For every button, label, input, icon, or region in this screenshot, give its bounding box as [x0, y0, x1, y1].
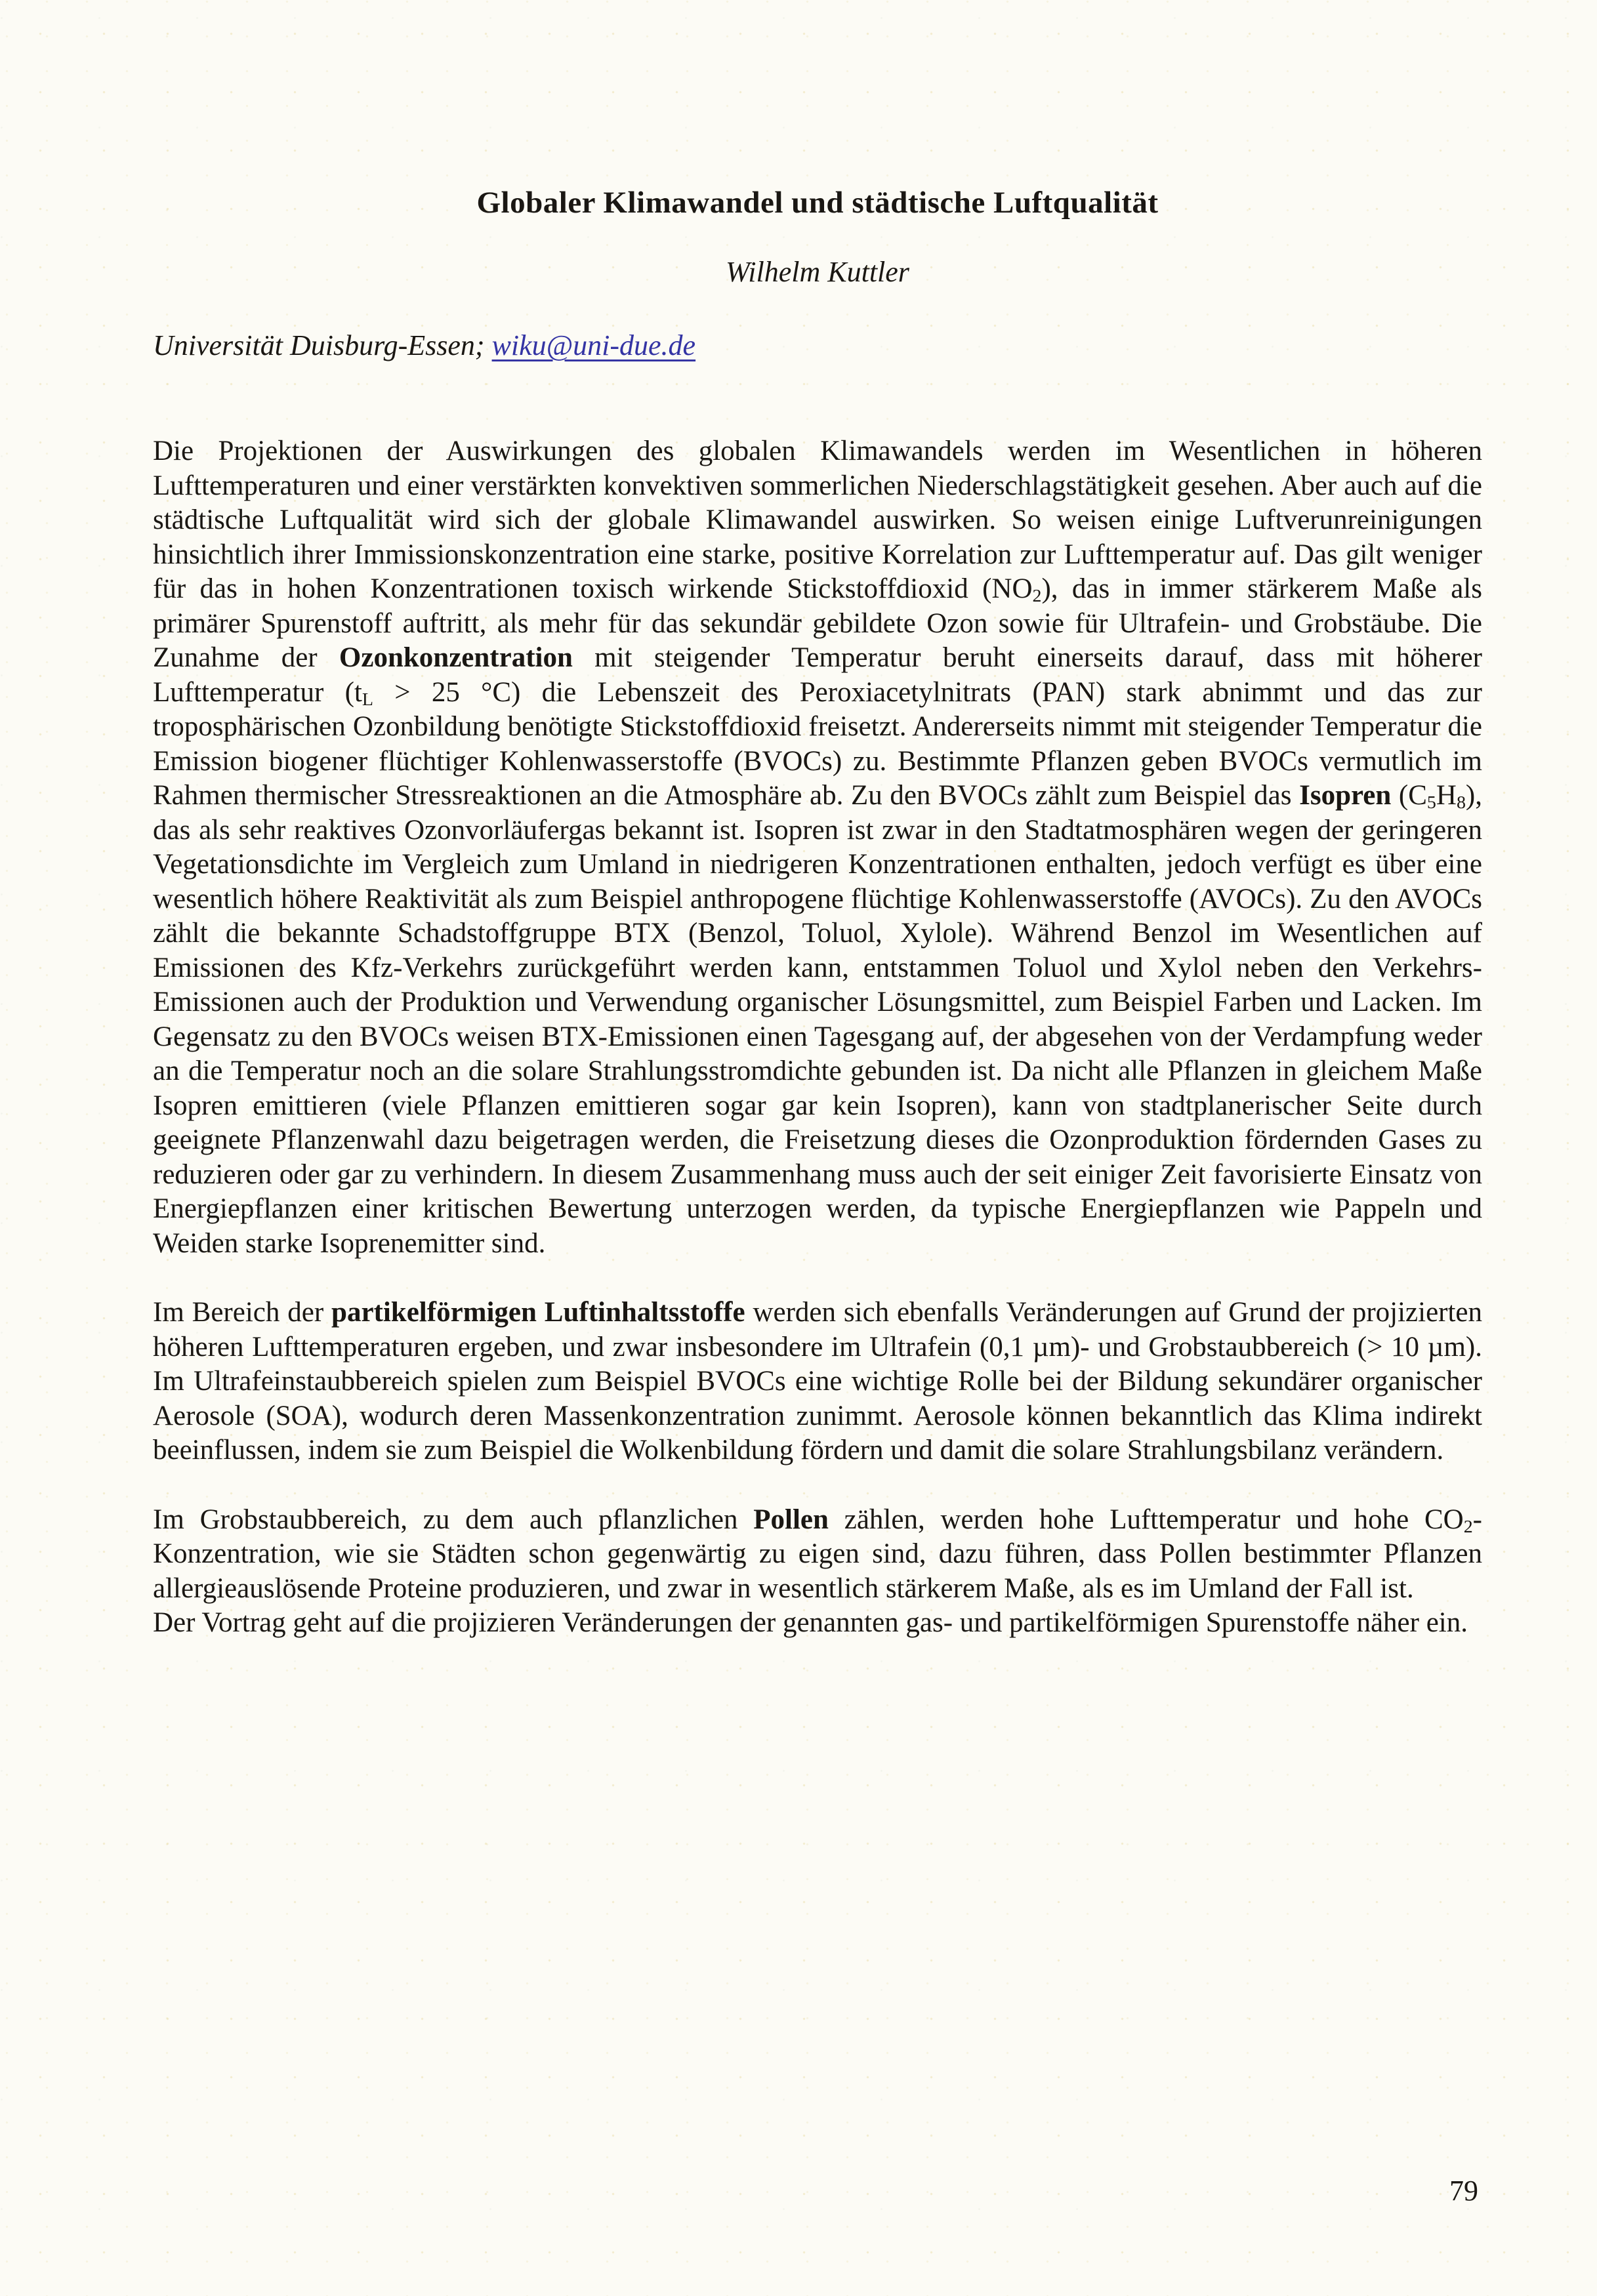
abstract-paragraph-2: Im Bereich der partikelförmigen Luftinha… [153, 1296, 1482, 1468]
abstract-paragraph-3: Im Grobstaubbereich, zu dem auch pflanzl… [153, 1503, 1482, 1607]
page-number: 79 [1449, 2177, 1478, 2205]
affiliation-text: Universität Duisburg-Essen; [153, 329, 492, 361]
abstract-paragraph-4: Der Vortrag geht auf die projizieren Ver… [153, 1606, 1482, 1641]
author-name: Wilhelm Kuttler [153, 258, 1482, 287]
affiliation-line: Universität Duisburg-Essen; wiku@uni-due… [153, 331, 1482, 360]
abstract-body: Die Projektionen der Auswirkungen des gl… [153, 434, 1482, 1641]
abstract-paragraph-1: Die Projektionen der Auswirkungen des gl… [153, 434, 1482, 1261]
document-page: Globaler Klimawandel und städtische Luft… [0, 0, 1597, 2296]
email-link[interactable]: wiku@uni-due.de [492, 329, 696, 361]
page-title: Globaler Klimawandel und städtische Luft… [153, 188, 1482, 218]
